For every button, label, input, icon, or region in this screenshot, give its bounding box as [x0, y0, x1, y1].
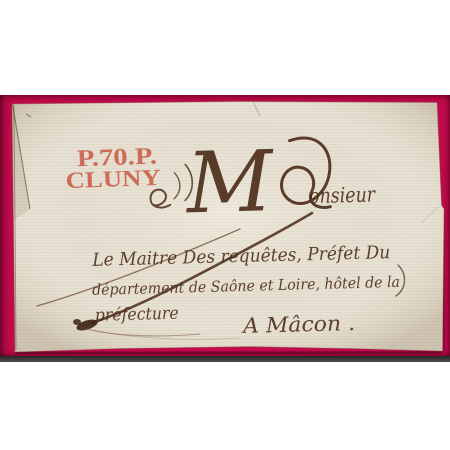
address-line3: préfecture — [94, 304, 178, 326]
destination-line: A Mâcon . — [241, 311, 356, 338]
photo-background: P.70.P. CLUNY M onsieur — [0, 95, 450, 356]
product-photo-canvas: P.70.P. CLUNY M onsieur — [0, 0, 450, 450]
folded-letter-scene: P.70.P. CLUNY M onsieur — [0, 95, 450, 356]
postmark-line2: CLUNY — [65, 165, 161, 193]
postmark: P.70.P. CLUNY — [64, 143, 161, 193]
letterbox-bottom — [0, 362, 450, 450]
paper-bottom-shadow — [15, 353, 442, 354]
ink-blot-small — [73, 319, 81, 325]
salutation-rest: onsieur — [309, 182, 377, 208]
salutation-initial: M — [183, 132, 276, 232]
letterbox-top — [0, 0, 450, 95]
